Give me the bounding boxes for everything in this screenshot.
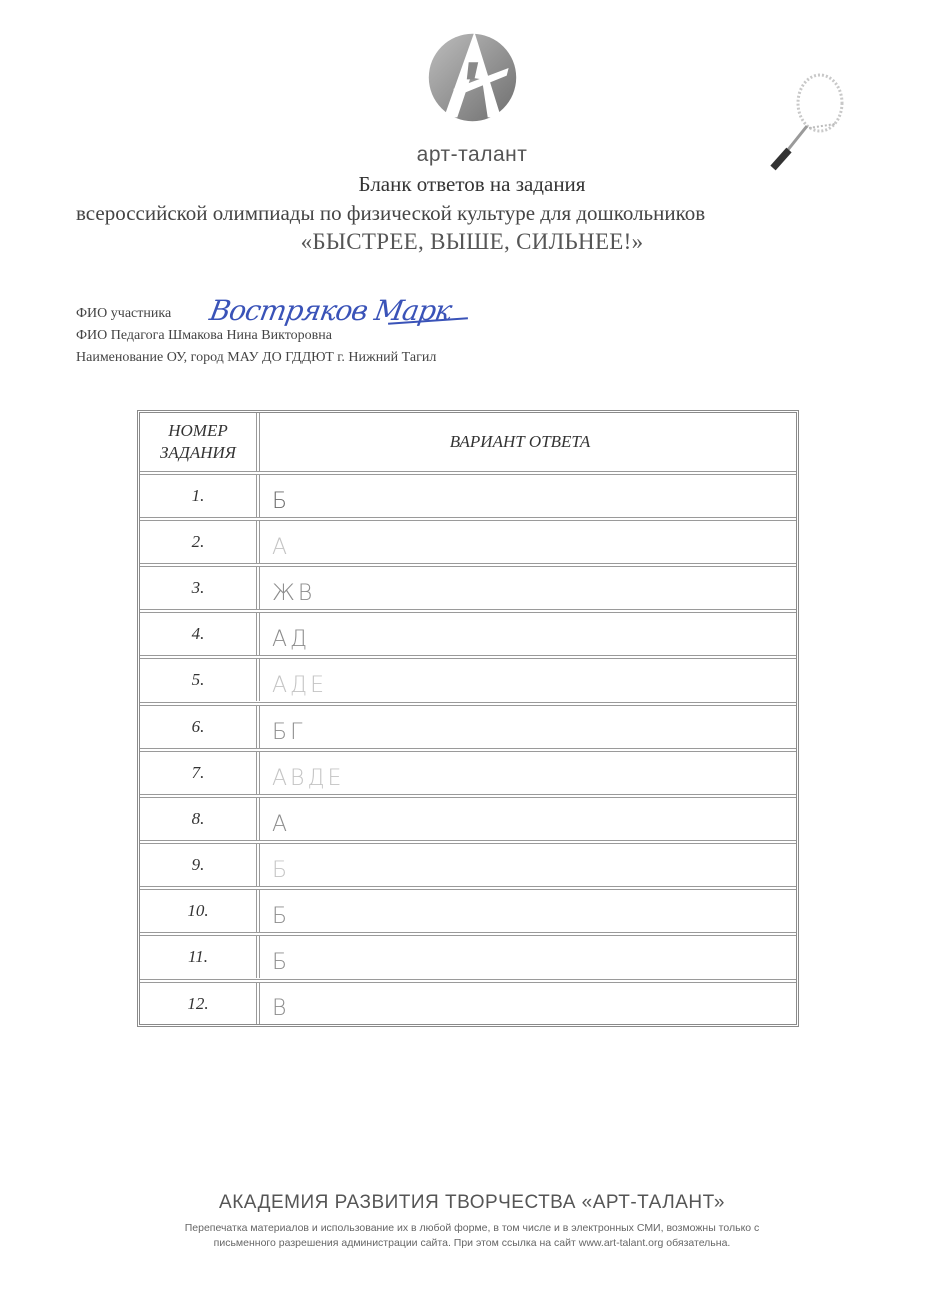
table-row: 3.ЖВ xyxy=(140,563,796,609)
answer-cell: Б xyxy=(264,844,796,886)
task-number-cell: 2. xyxy=(140,521,260,563)
task-number-cell: 8. xyxy=(140,798,260,840)
participant-line: ФИО участника xyxy=(76,306,171,322)
answer-cell: Б xyxy=(264,890,796,932)
answer-cell: АВДЕ xyxy=(264,752,796,794)
footer-note-line1: Перепечатка материалов и использование и… xyxy=(0,1222,944,1234)
tennis-racket-icon xyxy=(765,68,855,173)
institution-value: МАУ ДО ГДДЮТ г. Нижний Тагил xyxy=(227,350,436,365)
handwritten-answer: Б xyxy=(264,950,290,975)
handwritten-answer: А xyxy=(264,812,290,837)
task-number-cell: 11. xyxy=(140,936,260,978)
teacher-value: Шмакова Нина Викторовна xyxy=(168,328,332,343)
institution-line: Наименование ОУ, город МАУ ДО ГДДЮТ г. Н… xyxy=(76,350,436,366)
answer-cell: АДЕ xyxy=(264,659,796,701)
answer-cell: В xyxy=(264,983,796,1024)
art-talant-logo-icon xyxy=(425,30,520,125)
task-number-cell: 6. xyxy=(140,706,260,748)
olympiad-subtitle: всероссийской олимпиады по физической ку… xyxy=(76,201,705,226)
institution-label: Наименование ОУ, город xyxy=(76,350,224,365)
header-number-cell: НОМЕР ЗАДАНИЯ xyxy=(140,413,260,471)
table-row: 6.БГ xyxy=(140,702,796,748)
table-row: 10.Б xyxy=(140,886,796,932)
handwritten-answer: В xyxy=(264,996,289,1021)
form-title: Бланк ответов на задания xyxy=(0,172,944,197)
table-row: 5.АДЕ xyxy=(140,655,796,701)
answer-cell: ЖВ xyxy=(264,567,796,609)
table-row: 12.В xyxy=(140,979,796,1024)
table-row: 9.Б xyxy=(140,840,796,886)
task-number-cell: 4. xyxy=(140,613,260,655)
task-number-cell: 12. xyxy=(140,983,260,1024)
olympiad-name: «БЫСТРЕЕ, ВЫШЕ, СИЛЬНЕЕ!» xyxy=(0,229,944,255)
handwritten-answer: Б xyxy=(264,904,290,929)
task-number-cell: 10. xyxy=(140,890,260,932)
answer-cell: АД xyxy=(264,613,796,655)
handwritten-answer: Б xyxy=(264,858,290,883)
answer-cell: А xyxy=(264,798,796,840)
table-row: 7.АВДЕ xyxy=(140,748,796,794)
teacher-line: ФИО Педагога Шмакова Нина Викторовна xyxy=(76,328,332,344)
answer-cell: БГ xyxy=(264,706,796,748)
answer-cell: А xyxy=(264,521,796,563)
handwritten-answer: АДЕ xyxy=(264,673,327,698)
header-answer-cell: ВАРИАНТ ОТВЕТА xyxy=(264,413,796,471)
handwritten-answer: А xyxy=(264,535,290,560)
handwritten-answer: АВДЕ xyxy=(264,766,344,791)
task-number-cell: 1. xyxy=(140,475,260,517)
teacher-label: ФИО Педагога xyxy=(76,328,165,343)
answer-cell: Б xyxy=(264,475,796,517)
participant-label: ФИО участника xyxy=(76,306,171,321)
table-row: 11.Б xyxy=(140,932,796,978)
task-number-cell: 5. xyxy=(140,659,260,701)
handwritten-answer: БГ xyxy=(264,720,305,745)
table-row: 8.А xyxy=(140,794,796,840)
task-number-cell: 3. xyxy=(140,567,260,609)
footer-note-line2: письменного разрешения администрации сай… xyxy=(0,1237,944,1249)
handwritten-answer: АД xyxy=(264,627,310,652)
answer-cell: Б xyxy=(264,936,796,978)
answer-table: НОМЕР ЗАДАНИЯ ВАРИАНТ ОТВЕТА 1.Б2.А3.ЖВ4… xyxy=(137,410,799,1027)
header-number-line1: НОМЕР xyxy=(168,420,227,442)
header-number-line2: ЗАДАНИЯ xyxy=(160,442,236,464)
table-header-row: НОМЕР ЗАДАНИЯ ВАРИАНТ ОТВЕТА xyxy=(140,413,796,471)
task-number-cell: 7. xyxy=(140,752,260,794)
table-row: 4.АД xyxy=(140,609,796,655)
task-number-cell: 9. xyxy=(140,844,260,886)
footer-title: АКАДЕМИЯ РАЗВИТИЯ ТВОРЧЕСТВА «АРТ-ТАЛАНТ… xyxy=(0,1192,944,1214)
table-row: 2.А xyxy=(140,517,796,563)
handwritten-answer: Б xyxy=(264,489,290,514)
handwritten-answer: ЖВ xyxy=(264,581,315,606)
table-row: 1.Б xyxy=(140,471,796,517)
